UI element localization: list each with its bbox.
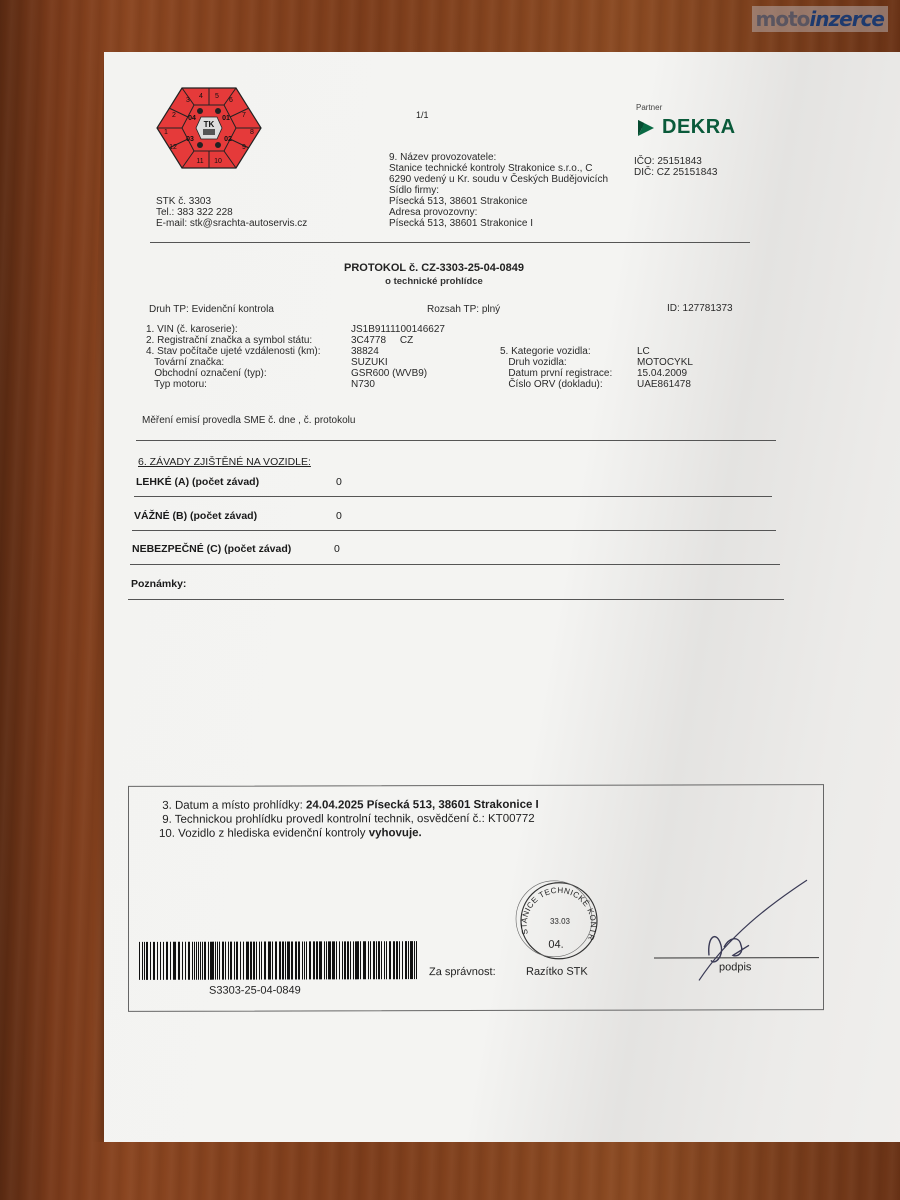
- barcode-bar: [146, 942, 148, 980]
- vehicle-type-label: Druh vozidla:: [500, 357, 637, 368]
- barcode-bar: [261, 942, 262, 980]
- za-spravnost-label: Za správnost:: [429, 966, 496, 978]
- barcode-bar: [234, 942, 235, 980]
- orv-label: Číslo ORV (dokladu):: [500, 379, 637, 390]
- watermark-logo: motoinzerce: [752, 6, 888, 32]
- barcode-bar: [295, 941, 297, 979]
- divider: [130, 564, 780, 565]
- barcode-bar: [416, 941, 418, 979]
- barcode-bar: [405, 941, 407, 979]
- barcode-bar: [373, 941, 375, 979]
- barcode-bar: [342, 941, 343, 979]
- operator-info: 9. Název provozovatele: Stanice technick…: [389, 152, 608, 229]
- barcode-bar: [268, 942, 270, 980]
- vehicle-details-left: 1. VIN (č. karoserie): JS1B9111100146627…: [146, 324, 501, 390]
- barcode-bar: [188, 942, 190, 980]
- fault-light-value: 0: [336, 476, 342, 488]
- divider: [128, 599, 784, 600]
- barcode-bar: [304, 941, 305, 979]
- barcode-bar: [160, 942, 161, 980]
- barcode-bar: [215, 942, 217, 980]
- barcode-bar: [225, 942, 227, 980]
- barcode-bar: [228, 942, 229, 980]
- barcode-bar: [204, 942, 206, 980]
- barcode-bar: [402, 941, 403, 979]
- podpis-label: podpis: [719, 961, 751, 973]
- protocol-id: ID: 127781373: [667, 303, 733, 314]
- svg-text:1: 1: [164, 129, 168, 136]
- barcode-bar: [185, 942, 187, 980]
- svg-text:5: 5: [215, 93, 219, 100]
- inspection-scope: Rozsah TP: plný: [427, 304, 500, 315]
- barcode-bar: [178, 942, 180, 980]
- stk-email: E-mail: stk@srachta-autoservis.cz: [156, 218, 307, 229]
- protocol-title-block: PROTOKOL č. CZ-3303-25-04-0849 o technic…: [104, 262, 764, 287]
- barcode-bar: [378, 941, 380, 979]
- category-value: LC: [637, 346, 737, 357]
- barcode-bar: [313, 941, 315, 979]
- stk-phone: Tel.: 383 322 228: [156, 207, 307, 218]
- barcode-bar: [163, 942, 164, 980]
- barcode-bar: [355, 941, 356, 979]
- barcode-bar: [196, 942, 198, 980]
- dekra-arrow-icon: [636, 118, 656, 138]
- inspection-protocol-document: TK 45 36 27 18 129 1110 0401 0302 STK č.…: [104, 52, 900, 1142]
- barcode-bar: [170, 942, 172, 980]
- barcode-bar: [246, 942, 248, 980]
- barcode-bar: [139, 942, 140, 980]
- svg-text:03: 03: [186, 136, 194, 143]
- barcode-bar: [253, 942, 255, 980]
- divider: [132, 530, 776, 531]
- vin-label: 1. VIN (č. karoserie):: [146, 324, 351, 335]
- svg-text:10: 10: [214, 158, 222, 165]
- barcode-bar: [285, 941, 287, 979]
- barcode-bar: [368, 941, 369, 979]
- operator-line: 6290 vedený u Kr. soudu v Českých Budějo…: [389, 174, 608, 185]
- barcode-bar: [309, 941, 311, 979]
- barcode-bar: [324, 941, 326, 979]
- barcode-bar: [353, 941, 354, 979]
- technician-line: 9. Technickou prohlídku provedl kontroln…: [159, 812, 539, 827]
- registration-label: 2. Registrační značka a symbol státu:: [146, 335, 351, 346]
- barcode-bar: [319, 941, 321, 979]
- vin-value: JS1B9111100146627: [351, 324, 501, 335]
- barcode-bar: [389, 941, 391, 979]
- inspection-type: Druh TP: Evidenční kontrola: [149, 304, 274, 315]
- barcode-bar: [259, 942, 260, 980]
- svg-text:9: 9: [242, 144, 246, 151]
- operator-line: Stanice technické kontroly Strakonice s.…: [389, 163, 608, 174]
- barcode-bar: [142, 942, 143, 980]
- svg-text:11: 11: [196, 158, 203, 165]
- barcode-bar: [150, 942, 152, 980]
- odometer-value: 38824: [351, 346, 501, 357]
- protocol-subtitle: o technické prohlídce: [104, 276, 764, 287]
- stk-number: STK č. 3303: [156, 196, 307, 207]
- svg-text:33.03: 33.03: [550, 917, 571, 926]
- make-label: Tovární značka:: [146, 357, 351, 368]
- svg-text:STANICE TECHNICKÉ KONTROLY: STANICE TECHNICKÉ KONTROLY: [514, 876, 598, 942]
- barcode-bar: [222, 942, 224, 980]
- barcode-bar: [243, 942, 245, 980]
- barcode-text: S3303-25-04-0849: [209, 984, 301, 996]
- svg-text:TK: TK: [204, 120, 215, 129]
- barcode-bar: [236, 942, 238, 980]
- operator-line: Sídlo firmy:: [389, 185, 608, 196]
- barcode-bar: [396, 941, 398, 979]
- barcode-bar: [144, 942, 146, 980]
- svg-text:04: 04: [188, 115, 196, 122]
- barcode-bar: [326, 941, 327, 979]
- svg-text:8: 8: [250, 129, 254, 136]
- result-value: vyhovuje.: [369, 827, 422, 839]
- make-value: SUZUKI: [351, 357, 501, 368]
- fault-serious-label: VÁŽNÉ (B) (počet závad): [134, 510, 257, 522]
- barcode-bar: [347, 941, 349, 979]
- first-registration-value: 15.04.2009: [637, 368, 737, 379]
- page-number: 1/1: [416, 110, 429, 120]
- barcode-bar: [194, 942, 195, 980]
- result-label: 10. Vozidlo z hlediska evidenční kontrol…: [159, 827, 369, 840]
- protocol-title: PROTOKOL č. CZ-3303-25-04-0849: [104, 262, 764, 274]
- orv-value: UAE861478: [637, 379, 737, 390]
- barcode-bar: [157, 942, 159, 980]
- operator-line: 9. Název provozovatele:: [389, 152, 608, 163]
- fault-dangerous-value: 0: [334, 543, 340, 555]
- barcode-bar: [182, 942, 183, 980]
- barcode-bar: [408, 941, 409, 979]
- fault-dangerous-label: NEBEZPEČNÉ (C) (počet závad): [132, 543, 291, 555]
- category-label: 5. Kategorie vozidla:: [500, 346, 637, 357]
- inspection-date-line: 3. Datum a místo prohlídky: 24.04.2025 P…: [159, 798, 539, 813]
- inspection-date-value: 24.04.2025 Písecká 513, 38601 Strakonice…: [306, 799, 539, 812]
- divider: [150, 242, 750, 243]
- barcode-bar: [230, 942, 232, 980]
- watermark-part-inzerce: inzerce: [809, 7, 884, 31]
- svg-text:04.: 04.: [548, 939, 563, 951]
- partner-label: Partner: [636, 103, 662, 112]
- barcode-bar: [279, 942, 281, 980]
- dic: DIČ: CZ 25151843: [634, 167, 717, 178]
- barcode-bar: [298, 941, 300, 979]
- barcode-bar: [291, 941, 293, 979]
- barcode-bar: [202, 942, 203, 980]
- company-ids: IČO: 25151843 DIČ: CZ 25151843: [634, 156, 717, 178]
- barcode-bar: [210, 942, 211, 980]
- barcode-bar: [219, 942, 220, 980]
- registration-value: 3C4778 CZ: [351, 335, 501, 346]
- barcode-bar: [381, 941, 382, 979]
- barcode-bar: [363, 941, 365, 979]
- barcode-bar: [414, 941, 415, 979]
- dekra-name: DEKRA: [662, 116, 736, 139]
- barcode-bar: [306, 941, 308, 979]
- result-line: 10. Vozidlo z hlediska evidenční kontrol…: [159, 826, 539, 841]
- barcode-bar: [272, 942, 274, 980]
- barcode-bar: [370, 941, 372, 979]
- inspection-result-lines: 3. Datum a místo prohlídky: 24.04.2025 P…: [159, 798, 539, 841]
- notes-label: Poznámky:: [131, 578, 186, 590]
- barcode-bar: [173, 942, 175, 980]
- barcode-bar: [208, 942, 209, 980]
- vehicle-type-value: MOTOCYKL: [637, 357, 737, 368]
- svg-text:6: 6: [229, 97, 233, 104]
- svg-text:02: 02: [224, 136, 232, 143]
- barcode-bar: [344, 941, 346, 979]
- operator-line: Písecká 513, 38601 Strakonice: [389, 196, 608, 207]
- barcode-bar: [166, 942, 168, 980]
- barcode-bar: [250, 942, 252, 980]
- emissions-note: Měření emisí provedla SME č. dne , č. pr…: [142, 415, 355, 426]
- stk-hexagon-sticker-icon: TK 45 36 27 18 129 1110 0401 0302: [156, 87, 262, 169]
- engine-value: N730: [351, 379, 501, 390]
- engine-label: Typ motoru:: [146, 379, 351, 390]
- vehicle-details-right: 5. Kategorie vozidla: LC Druh vozidla: M…: [500, 346, 737, 390]
- barcode-bar: [393, 941, 395, 979]
- barcode-bar: [153, 942, 155, 980]
- barcode-bar: [384, 941, 386, 979]
- barcode-bar: [192, 942, 193, 980]
- barcode-bar: [200, 942, 202, 980]
- barcode-bar: [316, 941, 318, 979]
- barcode-bar: [350, 941, 351, 979]
- barcode-bar: [356, 941, 358, 979]
- fault-light-label: LEHKÉ (A) (počet závad): [136, 476, 259, 488]
- barcode-bar: [264, 942, 266, 980]
- inspection-result-box: 3. Datum a místo prohlídky: 24.04.2025 P…: [128, 784, 824, 1012]
- barcode-bar: [287, 941, 289, 979]
- inspection-date-label: 3. Datum a místo prohlídky:: [159, 799, 306, 811]
- model-value: GSR600 (WVB9): [351, 368, 501, 379]
- barcode-bar: [332, 941, 333, 979]
- stk-round-stamp-icon: STANICE TECHNICKÉ KONTROLY 33.03 04.: [514, 876, 604, 966]
- barcode-bar: [211, 942, 213, 980]
- barcode-bar: [217, 942, 218, 980]
- divider: [136, 440, 776, 441]
- odometer-label: 4. Stav počítače ujeté vzdálenosti (km):: [146, 346, 351, 357]
- barcode-bar: [386, 941, 387, 979]
- fault-serious-value: 0: [336, 510, 342, 522]
- barcode-bar: [256, 942, 258, 980]
- operator-line: Písecká 513, 38601 Strakonice I: [389, 218, 608, 229]
- barcode-bar: [410, 941, 412, 979]
- operator-line: Adresa provozovny:: [389, 207, 608, 218]
- svg-text:3: 3: [186, 97, 190, 104]
- svg-text:4: 4: [199, 93, 203, 100]
- barcode-bar: [198, 942, 199, 980]
- barcode-bar: [339, 941, 341, 979]
- svg-text:7: 7: [242, 112, 246, 119]
- dekra-logo: DEKRA: [636, 116, 736, 139]
- svg-text:12: 12: [169, 144, 177, 151]
- svg-text:01: 01: [222, 115, 230, 122]
- divider: [134, 496, 772, 497]
- ico: IČO: 25151843: [634, 156, 717, 167]
- barcode-bar: [302, 941, 303, 979]
- svg-text:2: 2: [172, 112, 176, 119]
- barcode-bar: [333, 941, 335, 979]
- barcode-bar: [336, 941, 337, 979]
- barcode-bar: [399, 941, 401, 979]
- razitko-label: Razítko STK: [526, 966, 588, 978]
- barcode-bar: [282, 942, 284, 980]
- stk-contact-info: STK č. 3303 Tel.: 383 322 228 E-mail: st…: [156, 196, 307, 229]
- watermark-part-moto: moto: [756, 7, 810, 31]
- model-label: Obchodní označení (typ):: [146, 368, 351, 379]
- barcode-bar: [240, 942, 241, 980]
- barcode: [139, 941, 419, 980]
- barcode-bar: [328, 941, 330, 979]
- first-registration-label: Datum první registrace:: [500, 368, 637, 379]
- barcode-bar: [376, 941, 378, 979]
- faults-heading: 6. ZÁVADY ZJIŠTĚNÉ NA VOZIDLE:: [138, 456, 311, 468]
- barcode-bar: [275, 942, 277, 980]
- barcode-bar: [360, 941, 362, 979]
